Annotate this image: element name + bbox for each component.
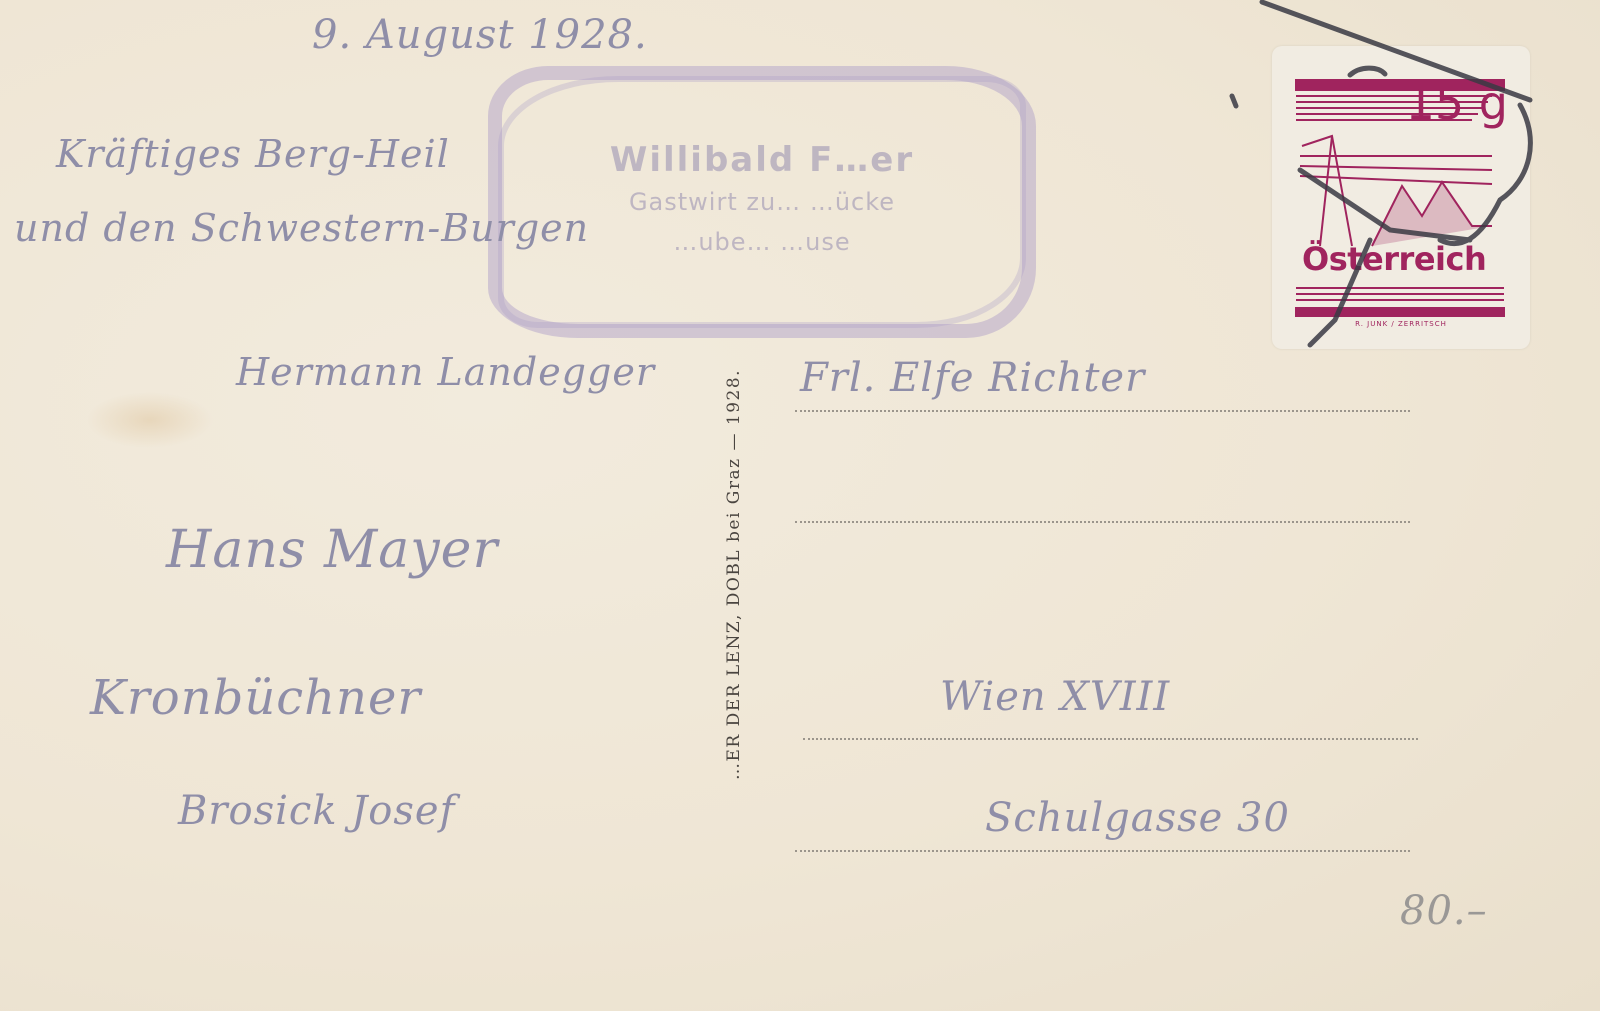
cachet-line-1: Willibald F…er — [502, 140, 1022, 180]
cachet-stamp: Willibald F…er Gastwirt zu… …ücke …ube… … — [488, 66, 1036, 338]
signature-2: Hans Mayer — [166, 520, 498, 580]
postcard-reverse: Willibald F…er Gastwirt zu… …ücke …ube… … — [0, 0, 1600, 1011]
stamp-country: Österreich — [1302, 240, 1486, 278]
pencil-price: 80.– — [1400, 888, 1488, 934]
signature-3: Kronbüchner — [90, 670, 421, 726]
address-city: Wien XVIII — [940, 674, 1170, 720]
signature-1: Hermann Landegger — [236, 350, 655, 394]
address-line-3 — [803, 738, 1418, 740]
message-line-2: und den Schwestern-Burgen — [14, 206, 589, 250]
address-line-4 — [795, 850, 1410, 852]
address-street: Schulgasse 30 — [985, 795, 1290, 841]
stamp-value: 15 g — [1406, 76, 1508, 130]
signature-4: Brosick Josef — [178, 788, 455, 834]
date-line: 9. August 1928. — [312, 12, 648, 58]
address-recipient: Frl. Elfe Richter — [800, 355, 1145, 401]
postage-stamp: 15 g Österreich R. JUNK / ZERRITSCH — [1276, 50, 1526, 345]
message-line-1: Kräftiges Berg-Heil — [56, 132, 450, 176]
address-line-2 — [795, 521, 1410, 523]
address-line-1 — [795, 410, 1410, 412]
stamp-designer: R. JUNK / ZERRITSCH — [1276, 320, 1526, 328]
publisher-imprint: …ER DER LENZ, DOBL bei Graz — 1928. — [724, 369, 744, 780]
